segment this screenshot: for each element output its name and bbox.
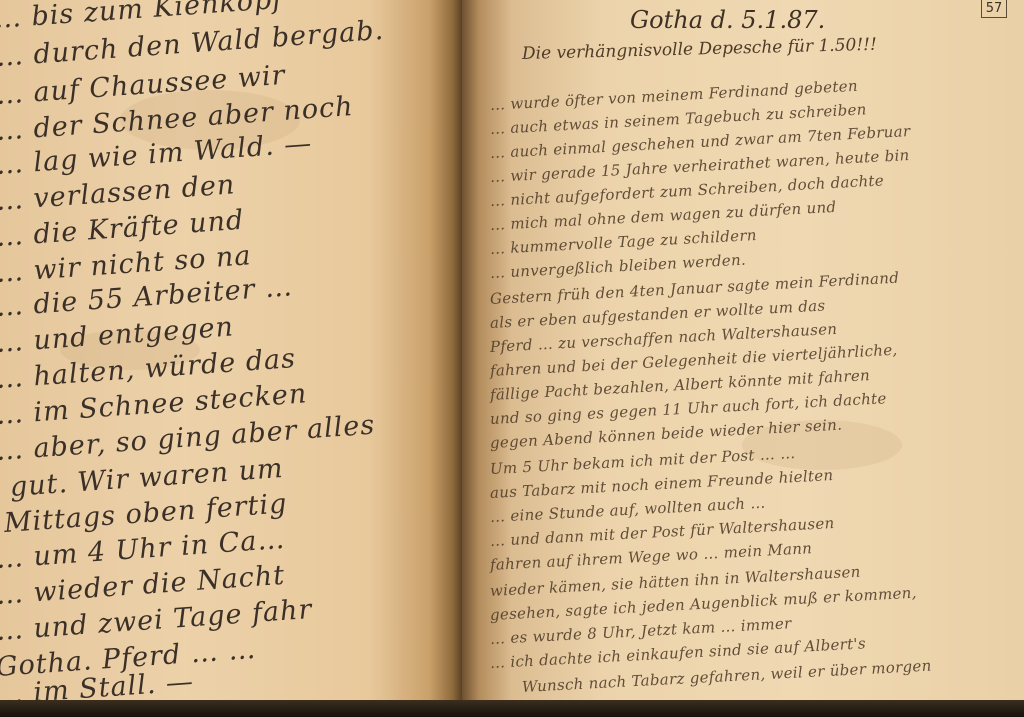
left-page: … bis zum Kienkopf … durch den Wald berg… xyxy=(0,0,462,705)
right-page: Gotha d. 5.1.87. Die verhängnisvolle Dep… xyxy=(462,0,1024,705)
entry-subtitle: Die verhängnisvolle Depesche für 1.50!!! xyxy=(522,35,877,64)
entry-date-heading: Gotha d. 5.1.87. xyxy=(630,6,825,34)
book-bottom-edge xyxy=(0,700,1024,717)
page-number: 57 xyxy=(981,0,1007,18)
open-diary: … bis zum Kienkopf … durch den Wald berg… xyxy=(0,0,1024,705)
